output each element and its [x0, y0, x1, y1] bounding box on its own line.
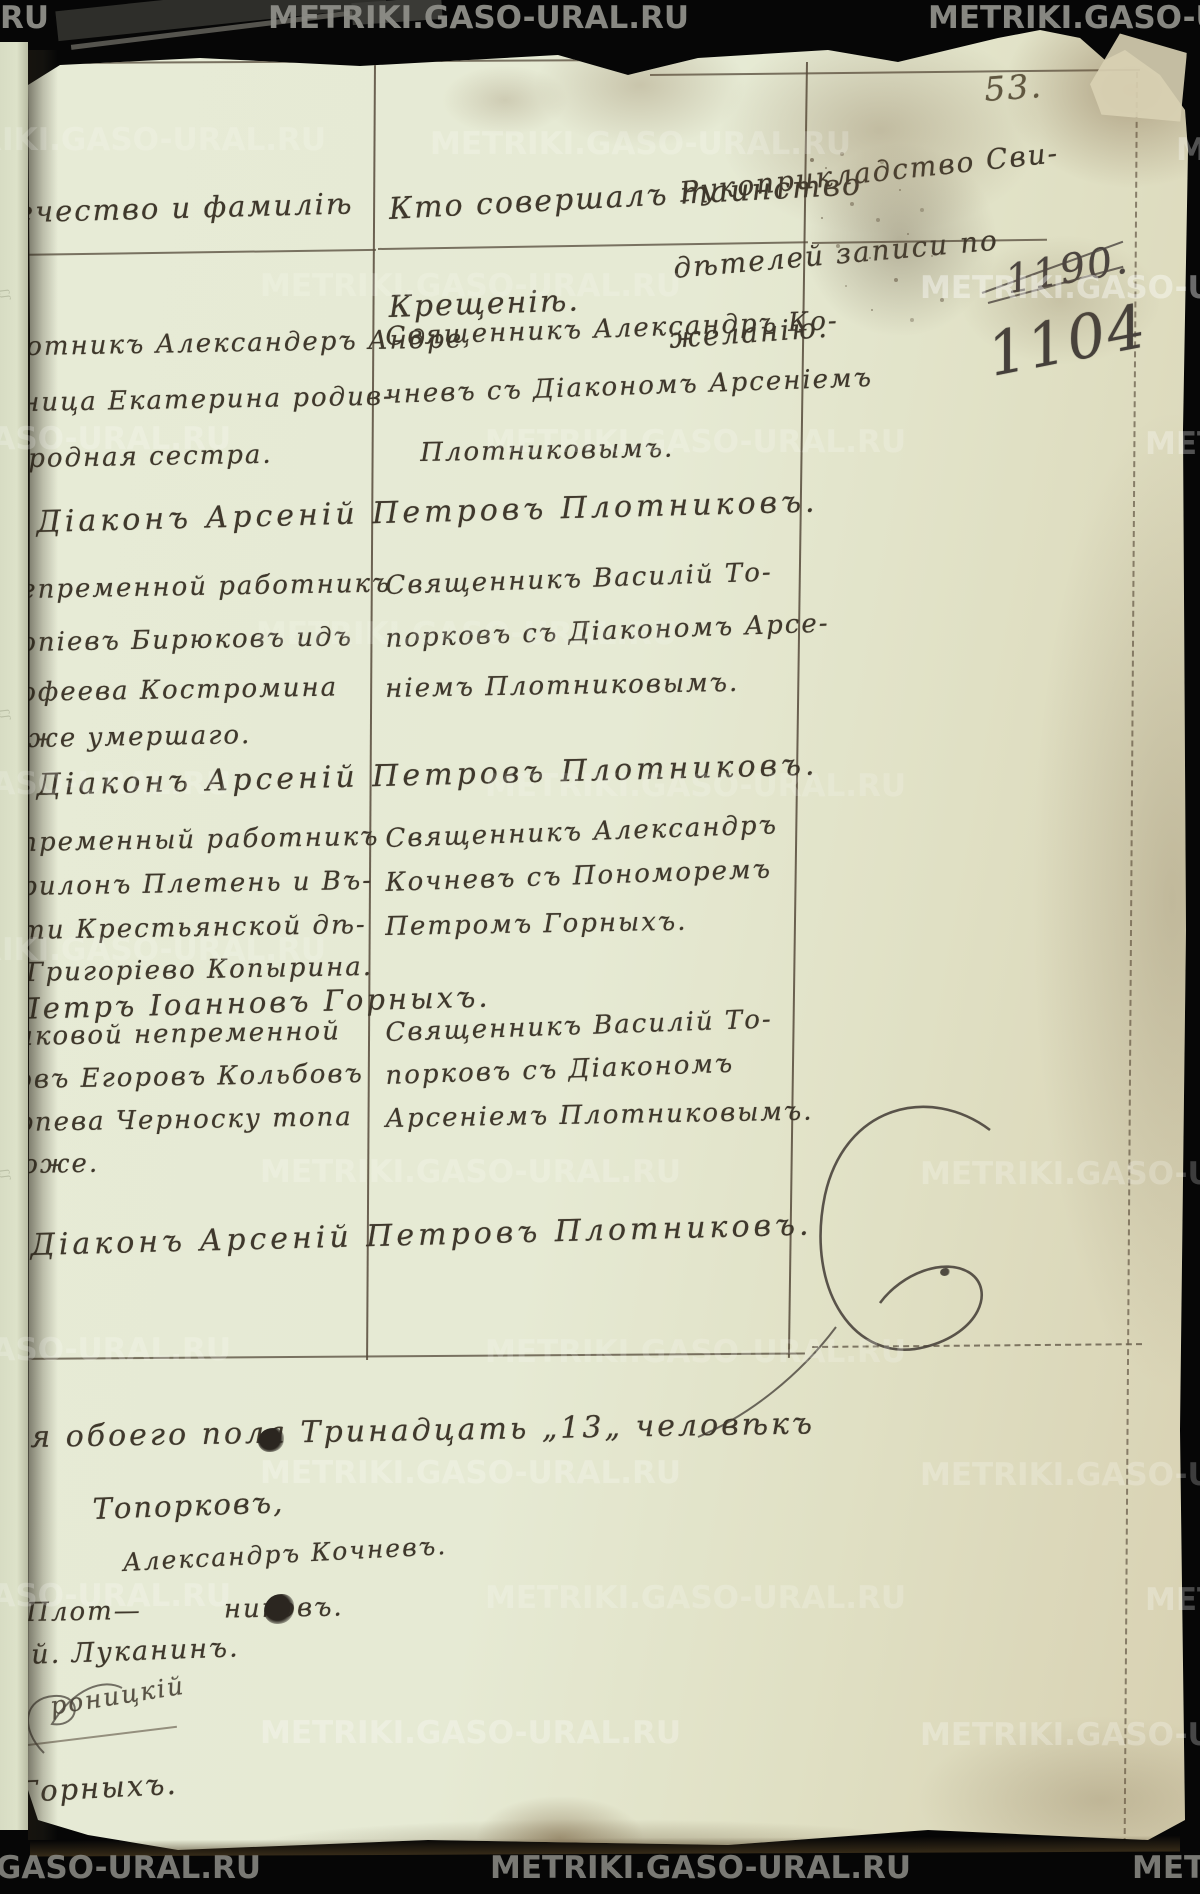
entry2-left-line2: опіевъ Бирюковъ идъ — [20, 622, 353, 658]
entry2-left-line3: офеева Костромина — [20, 672, 338, 708]
entry4-left-line3: рпева Черноску топа — [16, 1102, 353, 1138]
entry2-clergy-signature: Діаконъ Арсеній Петровъ Плотниковъ. — [36, 748, 819, 803]
entry1-mid-line2: чневъ съ Діакономъ Арсеніемъ — [385, 363, 873, 410]
watermark-tile: METRIKI.GASO-URAL.RU — [1132, 1850, 1200, 1886]
document-page: 53. 1190. 1104 течество и фамиліѣ Кто со… — [28, 30, 1188, 1865]
metric-book-scan: ᶴᶴ ᶴᶴ ᶴᶴ 53. 1190. 1104 течество и фамил… — [0, 0, 1200, 1894]
watermark-tile: METRIKI.GASO-URAL.RU — [928, 0, 1200, 36]
entry3-left-line3: ти Крестьянской дѣ- — [20, 910, 367, 946]
entry1-left-line2: ница Екатерина родив- — [22, 382, 394, 418]
header-bottom-rule-col1 — [8, 249, 376, 256]
entry2-mid-line1: Священникъ Василій То- — [385, 557, 773, 601]
scanner-clamp-shape — [55, 0, 386, 41]
table-top-rule-left — [55, 59, 640, 64]
ink-smudge-halo — [790, 140, 1010, 340]
entry2-mid-line2: порковъ съ Діакономъ Арсе- — [385, 608, 830, 653]
table-top-rule-right — [650, 69, 1140, 76]
record-number: 1104 — [982, 291, 1153, 390]
watermark-tile: METRIKI.GASO-URAL.RU — [490, 1850, 911, 1886]
entry2-left-line1: епременной работникъ — [20, 569, 392, 605]
entry3-mid-line1: Священникъ Александръ — [385, 810, 778, 854]
signature-1: Топорковъ, — [92, 1485, 285, 1526]
entry3-left-line4: Григоріево Копырина. — [26, 952, 373, 988]
entry3-left-line2: рилонъ Плетень и Въ- — [20, 866, 373, 902]
entry4-left-line2: овъ Егоровъ Кольбовъ — [16, 1059, 364, 1095]
watermark-tile: METRIKI.GASO-URAL.RU — [0, 0, 49, 36]
ink-smudge-cluster — [810, 158, 814, 162]
entry2-left-line4: же умершаго. — [28, 720, 252, 754]
column-divider-1 — [366, 62, 376, 1360]
binding-fold-shadow — [28, 50, 58, 1840]
scanner-clamp-shape — [351, 0, 442, 25]
entry2-mid-line3: ніемъ Плотниковымъ. — [385, 668, 740, 704]
entry1-left-line3: родная сестра. — [28, 440, 273, 474]
entry1-mid-line3: Плотниковымъ. — [420, 434, 675, 468]
entry3-mid-line3: Петромъ Горныхъ. — [385, 907, 688, 942]
entry4-left-line1: иковой непременной — [16, 1016, 341, 1052]
entry1-clergy-signature: Діаконъ Арсеній Петровъ Плотниковъ. — [36, 485, 819, 540]
signature-3: Плот— никовъ. — [26, 1592, 344, 1628]
previous-page-edge: ᶴᶴ ᶴᶴ ᶴᶴ — [0, 42, 28, 1830]
entry3-left-line1: пременный работникъ — [20, 822, 380, 858]
page-number: 53. — [983, 66, 1044, 109]
signature-2: Александръ Кочневъ. — [122, 1531, 448, 1577]
entry3-mid-line2: Кочневъ съ Пономоремъ — [385, 855, 772, 898]
